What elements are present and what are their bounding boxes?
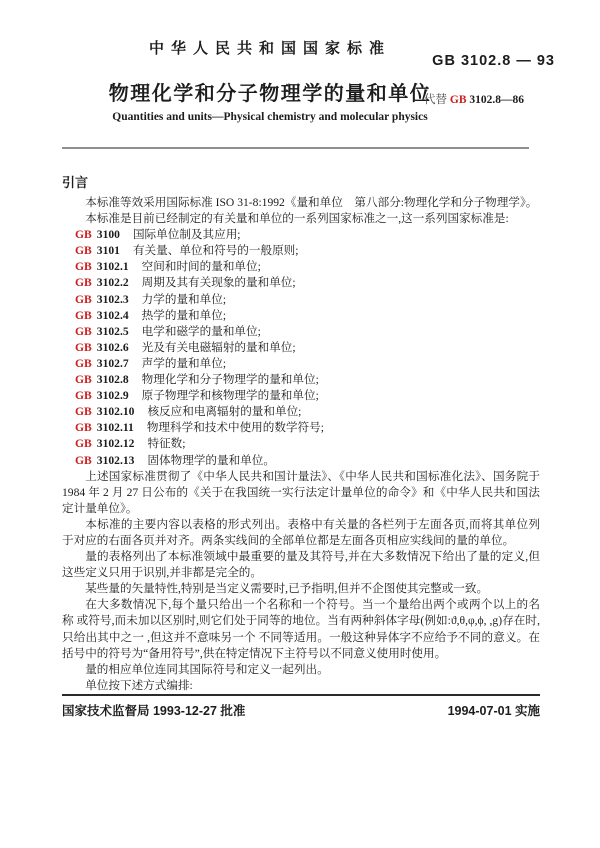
standard-item: GB3102.11物理科学和技术中使用的数学符号;	[62, 420, 540, 436]
standards-list: GB3100国际单位制及其应用; GB3101有关量、单位和符号的一般原则; G…	[62, 227, 540, 468]
standard-item: GB3102.3力学的量和单位;	[62, 292, 540, 308]
gb-label: GB	[75, 405, 92, 418]
paragraph: 在大多数情况下,每个量只给出一个名称和一个符号。当一个量给出两个或两个以上的名称…	[62, 597, 540, 661]
standard-item: GB3102.13固体物理学的量和单位。	[62, 453, 540, 469]
standard-number: 3102.10	[97, 405, 135, 418]
standard-number: 3102.4	[97, 309, 129, 322]
standard-item: GB3102.2周期及其有关现象的量和单位;	[62, 275, 540, 291]
gb-label: GB	[75, 325, 92, 338]
standard-item: GB3102.6光及有关电磁辐射的量和单位;	[62, 340, 540, 356]
standard-code: GB 3102.8 — 93	[432, 53, 555, 69]
standard-item: GB3102.9原子物理学和核物理学的量和单位;	[62, 388, 540, 404]
header-divider	[62, 147, 529, 149]
implementation-note: 1994-07-01 实施	[448, 701, 540, 719]
document-page: 中华人民共和国国家标准 GB 3102.8 — 93 物理化学和分子物理学的量和…	[0, 0, 600, 848]
standard-number: 3102.7	[97, 357, 129, 370]
standard-title: 周期及其有关现象的量和单位;	[142, 276, 296, 289]
paragraph: 本标准是目前已经制定的有关量和单位的一系列国家标准之一,这一系列国家标准是:	[62, 211, 540, 227]
paragraph: 某些量的矢量特性,特别是当定义需要时,已予指明,但并不企图使其完整或一致。	[62, 581, 540, 597]
standard-title: 电学和磁学的量和单位;	[142, 325, 261, 338]
paragraph: 上述国家标准贯彻了《中华人民共和国计量法》、《中华人民共和国标准化法》、国务院于…	[62, 469, 540, 517]
standard-title: 核反应和电离辐射的量和单位;	[147, 405, 301, 418]
standard-item: GB3101有关量、单位和符号的一般原则;	[62, 243, 540, 259]
gb-label: GB	[75, 389, 92, 402]
standard-number: 3102.6	[97, 341, 129, 354]
standard-title: 热学的量和单位;	[142, 309, 226, 322]
gb-label: GB	[75, 437, 92, 450]
standard-title: 国际单位制及其应用;	[133, 228, 241, 241]
standard-item: GB3100国际单位制及其应用;	[62, 227, 540, 243]
paragraph: 量的表格列出了本标准领域中最重要的量及其符号,并在大多数情况下给出了量的定义,但…	[62, 549, 540, 581]
standard-number: 3102.13	[97, 454, 135, 467]
standard-title: 空间和时间的量和单位;	[142, 260, 261, 273]
paragraph: 单位按下述方式编排:	[62, 678, 540, 692]
paragraph: 本标准等效采用国际标准 ISO 31-8:1992《量和单位 第八部分:物理化学…	[62, 195, 540, 211]
gb-label: GB	[75, 454, 92, 467]
gb-label: GB	[75, 309, 92, 322]
gb-label: GB	[75, 421, 92, 434]
standard-title: 固体物理学的量和单位。	[147, 454, 275, 467]
standard-number: 3102.9	[97, 389, 129, 402]
standard-number: 3102.5	[97, 325, 129, 338]
standard-item: GB3102.4热学的量和单位;	[62, 308, 540, 324]
footer-divider	[62, 694, 540, 696]
gb-label: GB	[75, 260, 92, 273]
standard-number: 3102.3	[97, 293, 129, 306]
standard-title: 声学的量和单位;	[142, 357, 226, 370]
standard-item: GB3102.1空间和时间的量和单位;	[62, 259, 540, 275]
document-body: 本标准等效采用国际标准 ISO 31-8:1992《量和单位 第八部分:物理化学…	[62, 195, 540, 692]
replaces-note: 代替 GB 3102.8—86	[424, 91, 524, 107]
standard-item: GB3102.12特征数;	[62, 436, 540, 452]
standard-number: 3100	[97, 228, 120, 241]
standard-item: GB3102.10核反应和电离辐射的量和单位;	[62, 404, 540, 420]
gb-label: GB	[75, 293, 92, 306]
standard-title: 力学的量和单位;	[142, 293, 226, 306]
document-title-en: Quantities and units—Physical chemistry …	[30, 111, 510, 123]
footer-row: 国家技术监督局 1993-12-27 批准 1994-07-01 实施	[62, 701, 540, 719]
standard-title: 特征数;	[147, 437, 185, 450]
paragraph: 本标准的主要内容以表格的形式列出。表格中有关量的各栏列于左面各页,而将其单位列于…	[62, 517, 540, 549]
gb-label: GB	[75, 373, 92, 386]
gb-label: GB	[75, 357, 92, 370]
standard-item: GB3102.8物理化学和分子物理学的量和单位;	[62, 372, 540, 388]
standard-number: 3102.1	[97, 260, 129, 273]
approval-note: 国家技术监督局 1993-12-27 批准	[62, 701, 245, 719]
standard-title: 物理科学和技术中使用的数学符号;	[147, 421, 324, 434]
gb-label: GB	[75, 228, 92, 241]
standard-number: 3102.2	[97, 276, 129, 289]
standard-title: 光及有关电磁辐射的量和单位;	[142, 341, 296, 354]
gb-label: GB	[75, 276, 92, 289]
standard-number: 3102.12	[97, 437, 135, 450]
standard-title: 物理化学和分子物理学的量和单位;	[142, 373, 319, 386]
paragraph: 量的相应单位连同其国际符号和定义一起列出。	[62, 662, 540, 678]
replaces-standard-code: 3102.8—86	[469, 94, 524, 106]
replaces-prefix: 代替	[424, 94, 447, 106]
standard-number: 3102.11	[97, 421, 134, 434]
standard-title: 有关量、单位和符号的一般原则;	[133, 244, 299, 257]
gb-label: GB	[75, 341, 92, 354]
standard-number: 3101	[97, 244, 120, 257]
standard-title: 原子物理学和核物理学的量和单位;	[142, 389, 319, 402]
standard-number: 3102.8	[97, 373, 129, 386]
standard-item: GB3102.5电学和磁学的量和单位;	[62, 324, 540, 340]
intro-heading: 引言	[62, 172, 88, 191]
gb-label: GB	[75, 244, 92, 257]
standard-item: GB3102.7声学的量和单位;	[62, 356, 540, 372]
replaces-gb-label: GB	[450, 94, 467, 106]
